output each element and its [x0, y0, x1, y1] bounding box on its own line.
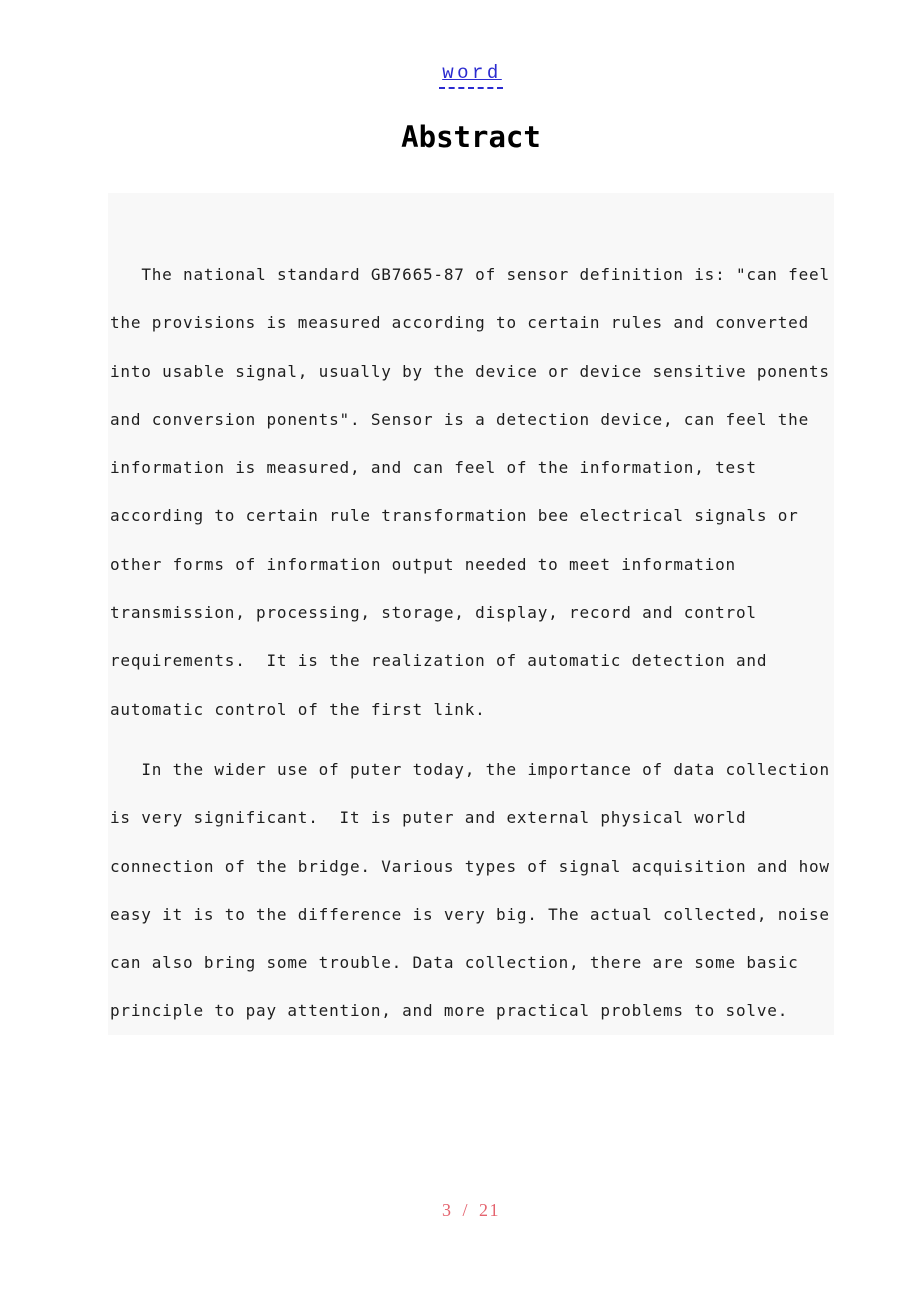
document-page: word Abstract The national standard GB76… — [0, 0, 920, 1302]
abstract-paragraph-2: In the wider use of puter today, the imp… — [110, 746, 832, 1036]
abstract-title: Abstract — [108, 120, 834, 154]
abstract-content-box: The national standard GB7665-87 of senso… — [108, 193, 834, 1035]
page-header: word — [108, 62, 834, 89]
page-footer: 3 / 21 — [108, 1200, 834, 1221]
word-link[interactable]: word — [439, 62, 503, 89]
page-number: 3 / 21 — [442, 1200, 500, 1220]
abstract-paragraph-1: The national standard GB7665-87 of senso… — [110, 251, 832, 734]
